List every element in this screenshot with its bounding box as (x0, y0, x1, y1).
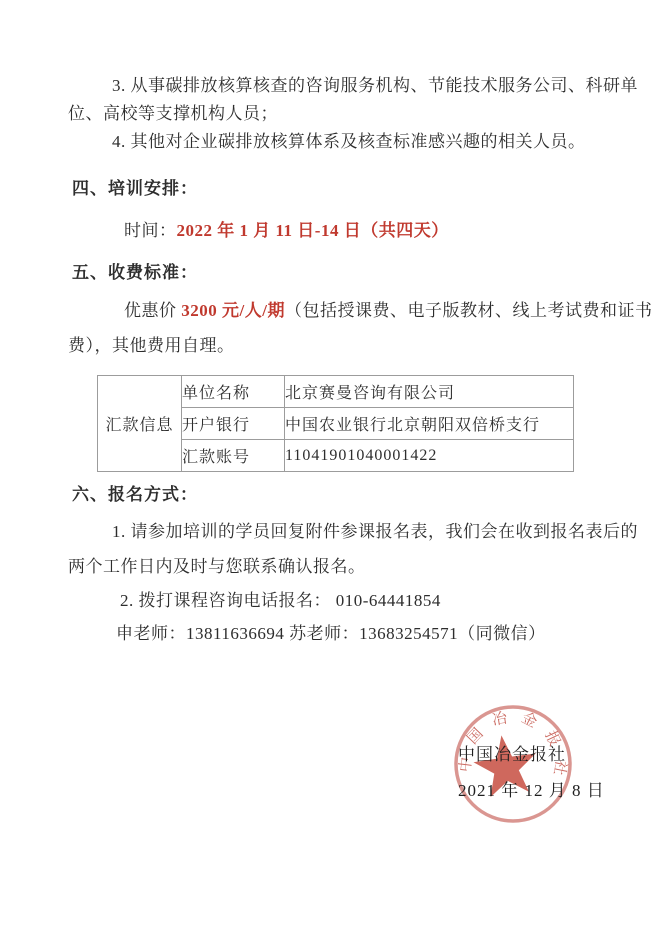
table-row: 汇款信息 单位名称 北京赛曼咨询有限公司 (98, 376, 574, 408)
section4-time-line: 时间：2022 年 1 月 11 日-14 日（共四天） (124, 221, 449, 240)
time-value: 2022 年 1 月 11 日-14 日（共四天） (177, 221, 449, 240)
official-seal-stamp-icon: 中国冶金报社 (445, 698, 581, 834)
audience-item4: 4. 其他对企业碳排放核算体系及核查标准感兴趣的相关人员。 (112, 132, 586, 151)
signoff-organization: 中国冶金报社 (458, 740, 566, 765)
signup-item2: 2. 拨打课程咨询电话报名： 010-64441854 (120, 591, 441, 610)
remit-row0-value: 北京赛曼咨询有限公司 (285, 376, 574, 408)
fee-price: 3200 元/人/期 (181, 301, 285, 320)
section4-heading: 四、培训安排： (72, 179, 198, 198)
audience-item3-line2: 位、高校等支撑机构人员； (68, 104, 278, 123)
remit-group-label: 汇款信息 (98, 376, 182, 472)
fee-suffix: （包括授课费、电子版教材、线上考试费和证书 (285, 301, 653, 320)
signup-item1-line2: 两个工作日内及时与您联系确认报名。 (68, 557, 366, 576)
section5-heading: 五、收费标准： (72, 263, 198, 282)
audience-item3-line1: 3. 从事碳排放核算核查的咨询服务机构、节能技术服务公司、科研单 (112, 76, 638, 95)
signup-item1-line1: 1. 请参加培训的学员回复附件参课报名表，我们会在收到报名表后的 (112, 522, 638, 541)
remittance-table: 汇款信息 单位名称 北京赛曼咨询有限公司 开户银行 中国农业银行北京朝阳双倍桥支… (97, 375, 574, 472)
remit-row2-value: 11041901040001422 (285, 440, 574, 472)
remit-row2-label: 汇款账号 (182, 440, 285, 472)
remit-row1-label: 开户银行 (182, 408, 285, 440)
remit-row0-label: 单位名称 (182, 376, 285, 408)
document-page: 3. 从事碳排放核算核查的咨询服务机构、节能技术服务公司、科研单 位、高校等支撑… (0, 0, 660, 933)
fee-line1: 优惠价 3200 元/人/期（包括授课费、电子版教材、线上考试费和证书 (124, 301, 652, 320)
signoff-date: 2021 年 12 月 8 日 (458, 776, 605, 801)
fee-prefix: 优惠价 (124, 301, 181, 320)
section6-heading: 六、报名方式： (72, 485, 198, 504)
remit-row1-value: 中国农业银行北京朝阳双倍桥支行 (285, 408, 574, 440)
time-label: 时间： (124, 221, 177, 240)
fee-line2: 费），其他费用自理。 (68, 336, 235, 355)
contact-numbers: 申老师：13811636694 苏老师：13683254571（同微信） (116, 624, 546, 643)
